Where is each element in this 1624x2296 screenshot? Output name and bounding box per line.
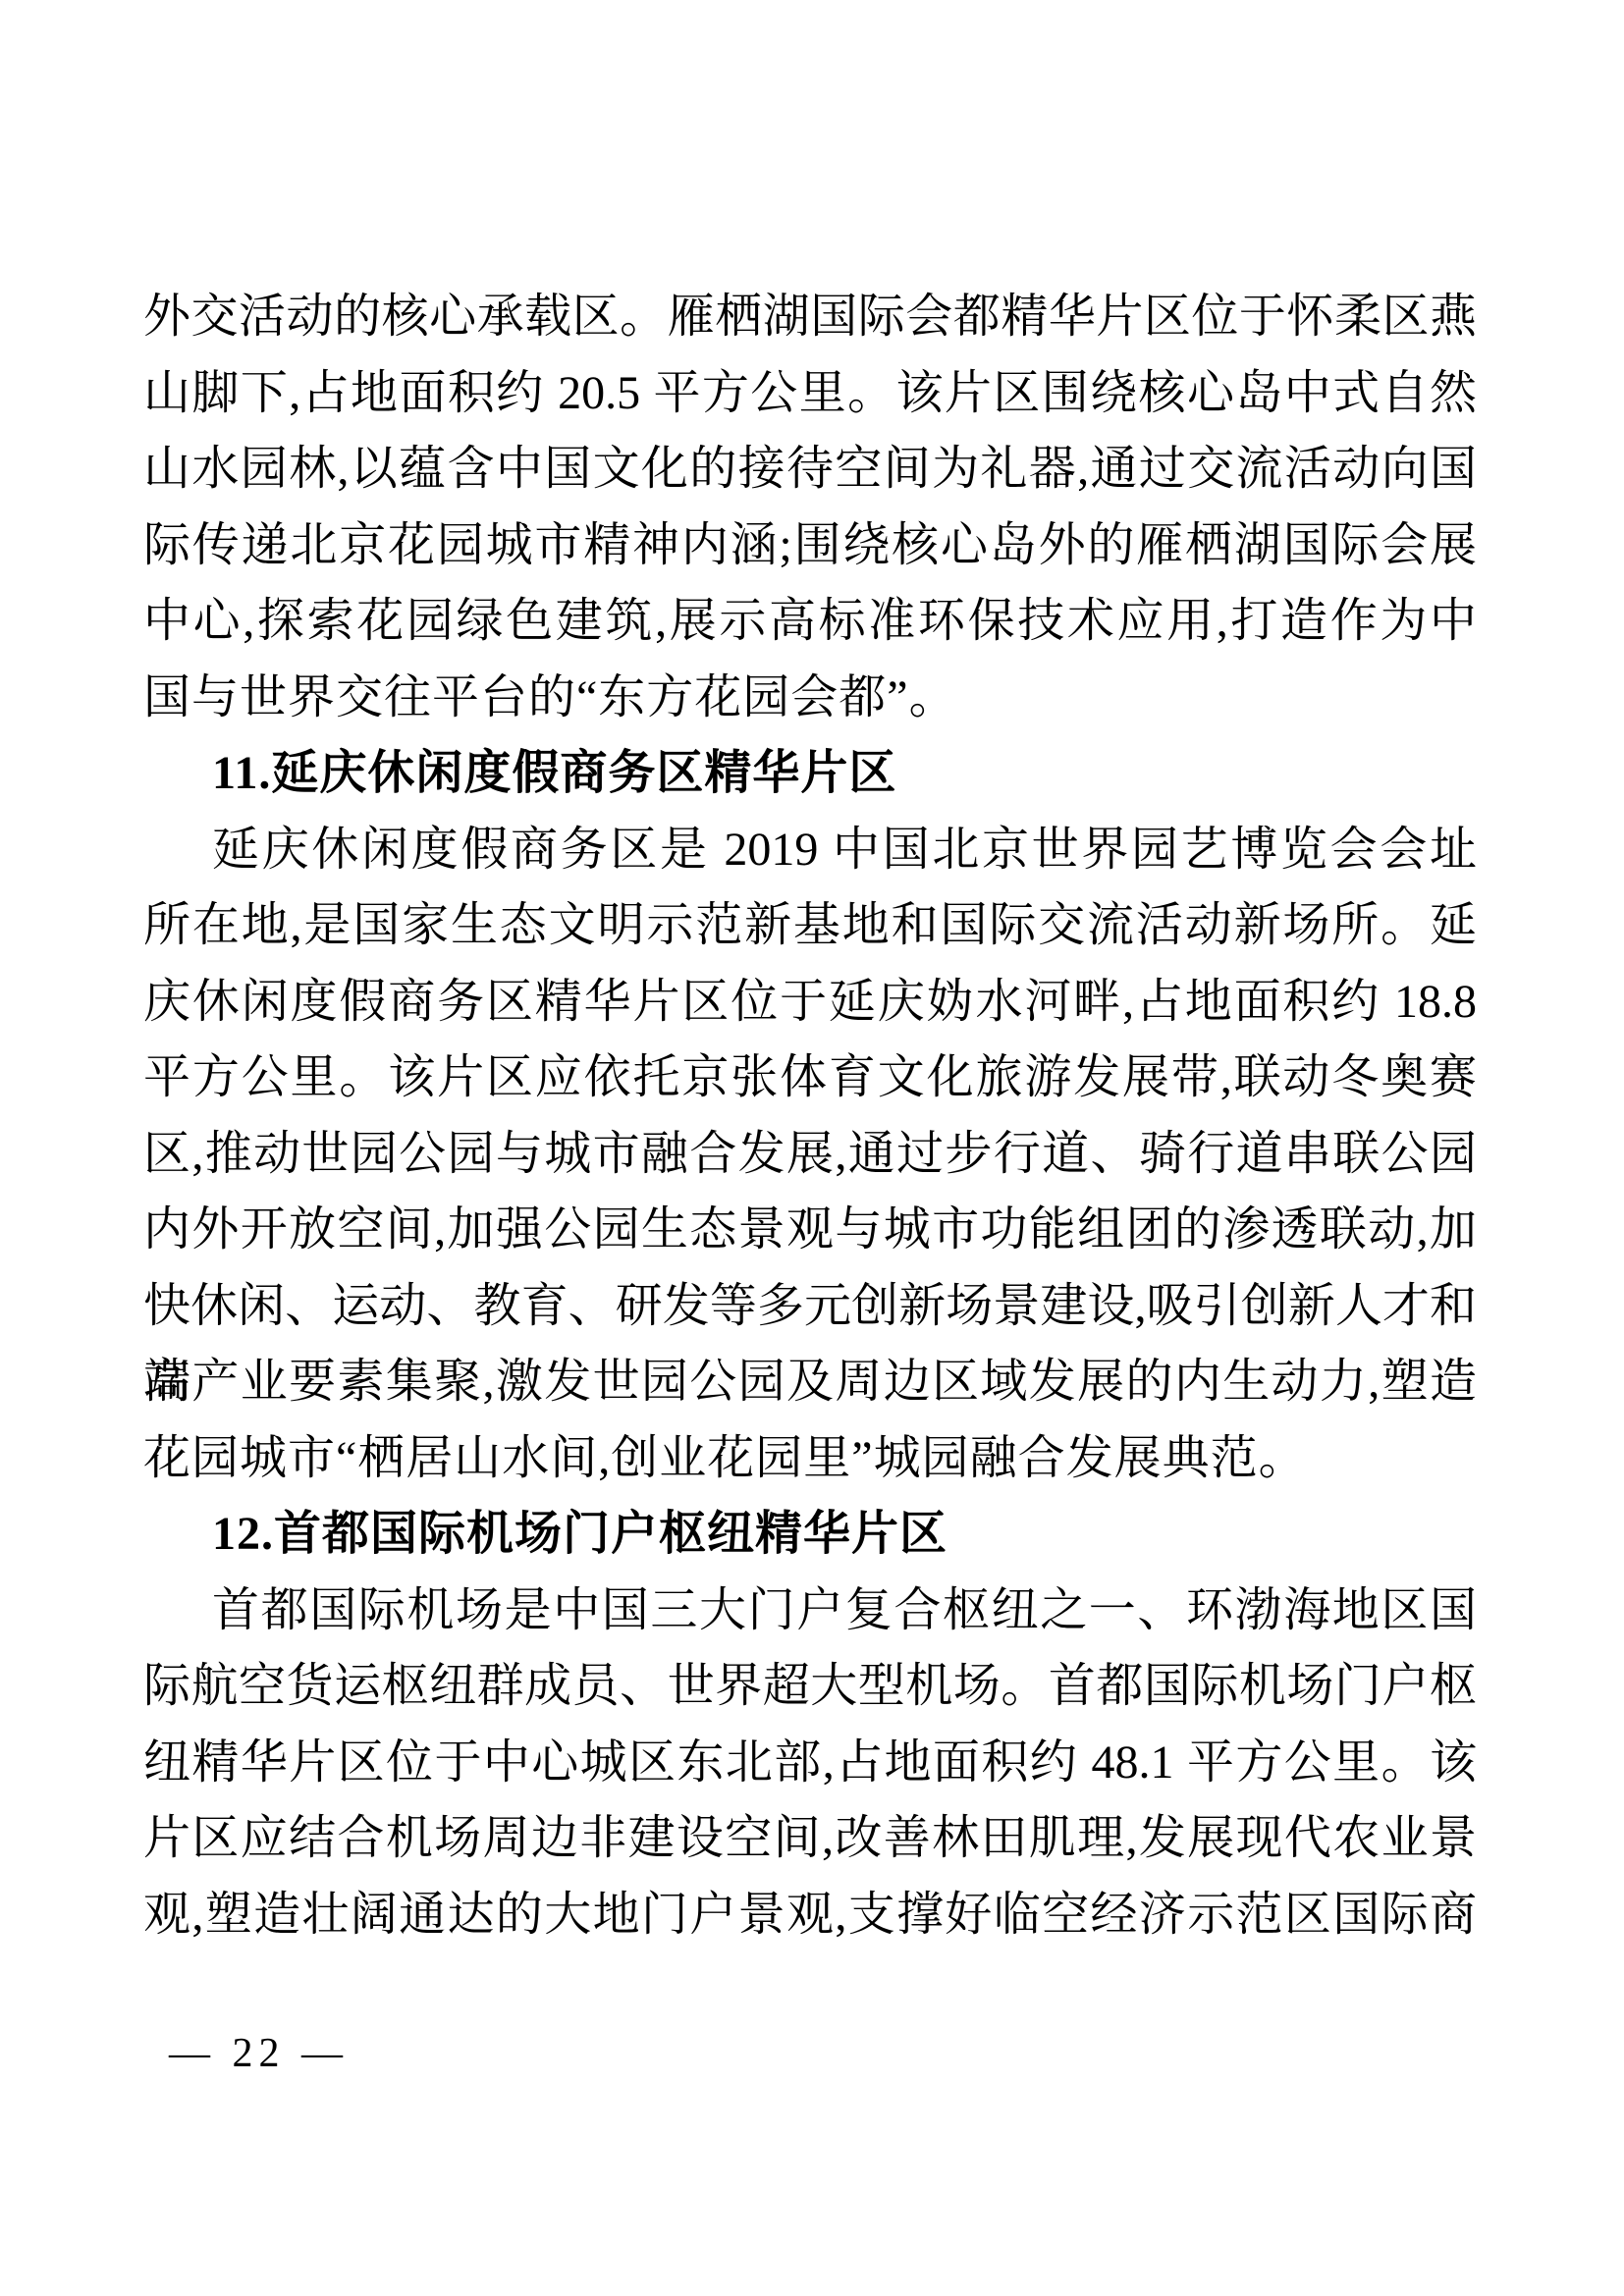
text-line: 延庆休闲度假商务区是 2019 中国北京世界园艺博览会会址 [143,812,1477,888]
section-heading-11: 11.延庆休闲度假商务区精华片区 [143,735,1477,812]
section-heading-12: 12.首都国际机场门户枢纽精华片区 [143,1496,1477,1573]
text-line: 际航空货运枢纽群成员、世界超大型机场。首都国际机场门户枢 [143,1648,1477,1725]
text-line: 所在地,是国家生态文明示范新基地和国际交流活动新场所。延 [143,887,1477,964]
text-line: 山水园林,以蕴含中国文化的接待空间为礼器,通过交流活动向国 [143,431,1477,507]
page-number: — 22 — [169,2024,349,2083]
text-line: 端产业要素集聚,激发世园公园及周边区域发展的内生动力,塑造 [143,1344,1477,1420]
text-block: 外交活动的核心承载区。雁栖湖国际会都精华片区位于怀柔区燕 山脚下,占地面积约 2… [143,279,1477,1952]
text-line: 国与世界交往平台的“东方花园会都”。 [143,660,1477,736]
text-line: 片区应结合机场周边非建设空间,改善林田肌理,发展现代农业景 [143,1800,1477,1877]
text-line: 区,推动世园公园与城市融合发展,通过步行道、骑行道串联公园 [143,1116,1477,1193]
text-line: 观,塑造壮阔通达的大地门户景观,支撑好临空经济示范区国际商 [143,1877,1477,1953]
text-line: 内外开放空间,加强公园生态景观与城市功能组团的渗透联动,加 [143,1192,1477,1268]
text-line: 纽精华片区位于中心城区东北部,占地面积约 48.1 平方公里。该 [143,1725,1477,1801]
text-line: 快休闲、运动、教育、研发等多元创新场景建设,吸引创新人才和高 [143,1268,1477,1345]
text-line: 庆休闲度假商务区精华片区位于延庆妫水河畔,占地面积约 18.8 [143,964,1477,1041]
text-line: 山脚下,占地面积约 20.5 平方公里。该片区围绕核心岛中式自然 [143,355,1477,432]
text-line: 中心,探索花园绿色建筑,展示高标准环保技术应用,打造作为中 [143,583,1477,660]
document-page: 外交活动的核心承载区。雁栖湖国际会都精华片区位于怀柔区燕 山脚下,占地面积约 2… [0,0,1624,2296]
text-line: 花园城市“栖居山水间,创业花园里”城园融合发展典范。 [143,1420,1477,1497]
text-line: 首都国际机场是中国三大门户复合枢纽之一、环渤海地区国 [143,1573,1477,1649]
text-line: 际传递北京花园城市精神内涵;围绕核心岛外的雁栖湖国际会展 [143,507,1477,584]
text-line: 平方公里。该片区应依托京张体育文化旅游发展带,联动冬奥赛 [143,1040,1477,1116]
text-line: 外交活动的核心承载区。雁栖湖国际会都精华片区位于怀柔区燕 [143,279,1477,355]
